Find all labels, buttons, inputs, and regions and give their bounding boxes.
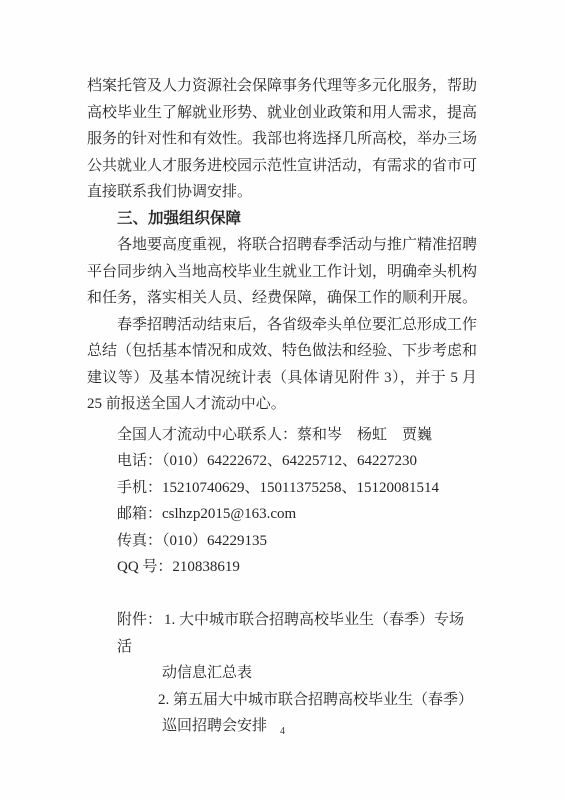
- text-line: 档案托管及人力资源社会保障事务代理等多元化服务，帮助: [87, 73, 477, 100]
- section-heading: 三、加强组织保障: [87, 206, 477, 233]
- text-line: 服务的针对性和有效性。我部也将选择几所高校，举办三场: [87, 126, 477, 153]
- text-line: 各地要高度重视，将联合招聘春季活动与推广精准招聘: [87, 232, 477, 259]
- text-line: 高校毕业生了解就业形势、就业创业政策和用人需求，提高: [87, 100, 477, 127]
- page-number: 4: [0, 725, 565, 739]
- paragraph-continued: 档案托管及人力资源社会保障事务代理等多元化服务，帮助 高校毕业生了解就业形势、就…: [87, 73, 477, 206]
- attachment-item-2: 2. 第五届大中城市联合招聘高校毕业生（春季）: [87, 687, 477, 714]
- attachment-item-1: 附件：1. 大中城市联合招聘高校毕业生（春季）专场活: [87, 607, 477, 660]
- contact-email-line: 邮箱：cslhzp2015@163.com: [87, 501, 477, 528]
- document-body: 档案托管及人力资源社会保障事务代理等多元化服务，帮助 高校毕业生了解就业形势、就…: [87, 73, 477, 740]
- contact-mobile-line: 手机：15210740629、15011375258、15120081514: [87, 475, 477, 502]
- paragraph-organization-requirements: 各地要高度重视，将联合招聘春季活动与推广精准招聘 平台同步纳入当地高校毕业生就业…: [87, 232, 477, 312]
- contact-qq-line: QQ 号：210838619: [87, 554, 477, 581]
- contact-person-line: 全国人才流动中心联系人：蔡和岑 杨虹 贾巍: [87, 422, 477, 449]
- attachments-label: 附件：: [117, 612, 162, 628]
- paragraph-summary-report: 春季招聘活动结束后，各省级牵头单位要汇总形成工作 总结（包括基本情况和成效、特色…: [87, 312, 477, 418]
- attachment-item-1-text: 1. 大中城市联合招聘高校毕业生（春季）专场活: [117, 612, 464, 655]
- contact-fax-line: 传真：（010）64229135: [87, 528, 477, 555]
- text-line: 和任务，落实相关人员、经费保障，确保工作的顺利开展。: [87, 285, 477, 312]
- contact-phone-line: 电话：（010）64222672、64225712、64227230: [87, 448, 477, 475]
- text-line: 春季招聘活动结束后，各省级牵头单位要汇总形成工作: [87, 312, 477, 339]
- text-line: 25 前报送全国人才流动中心。: [87, 391, 477, 418]
- text-line: 平台同步纳入当地高校毕业生就业工作计划，明确牵头机构: [87, 259, 477, 286]
- text-line: 直接联系我们协调安排。: [87, 179, 477, 206]
- text-line: 建议等）及基本情况统计表（具体请见附件 3），并于 5 月: [87, 365, 477, 392]
- contact-info-block: 全国人才流动中心联系人：蔡和岑 杨虹 贾巍 电话：（010）64222672、6…: [87, 422, 477, 581]
- text-line: 总结（包括基本情况和成效、特色做法和经验、下步考虑和: [87, 338, 477, 365]
- attachments-block: 附件：1. 大中城市联合招聘高校毕业生（春季）专场活 动信息汇总表 2. 第五届…: [87, 607, 477, 740]
- text-line: 公共就业人才服务进校园示范性宣讲活动，有需求的省市可: [87, 153, 477, 180]
- attachment-item-1-continuation: 动信息汇总表: [87, 660, 477, 687]
- document-page: 档案托管及人力资源社会保障事务代理等多元化服务，帮助 高校毕业生了解就业形势、就…: [0, 0, 565, 800]
